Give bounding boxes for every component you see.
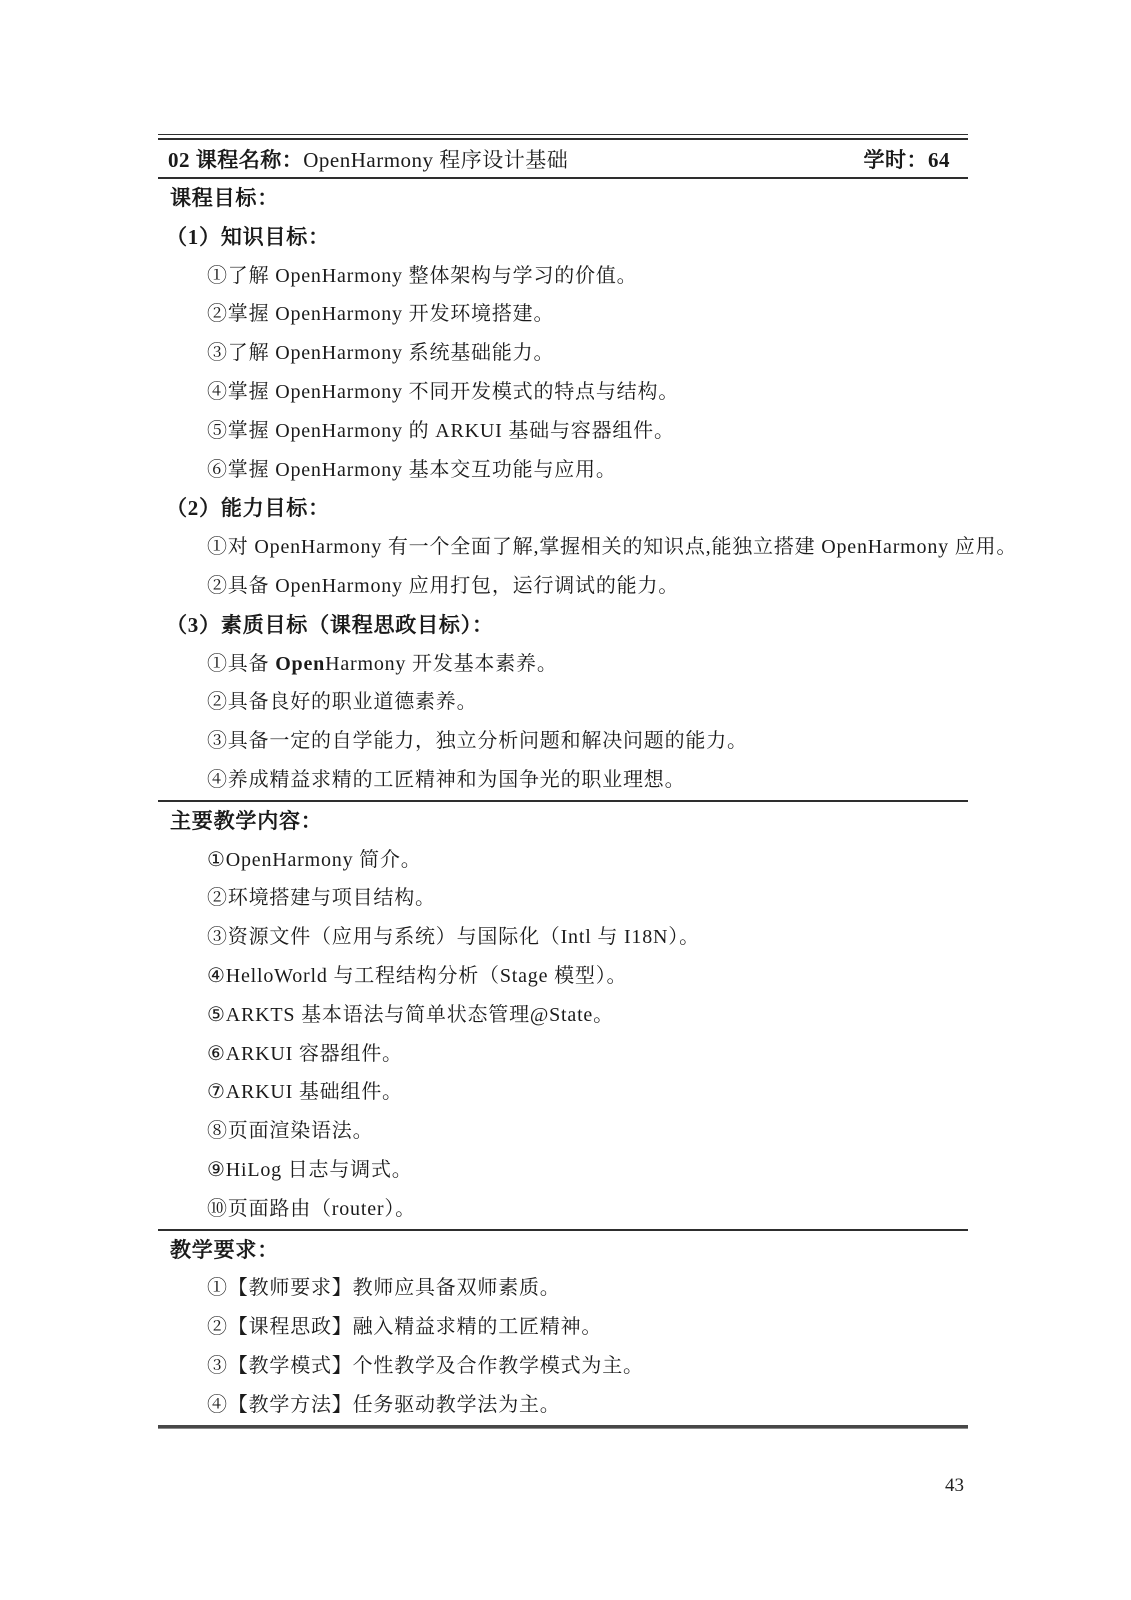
ability-goals-title: （2）能力目标： — [158, 489, 968, 528]
teaching-content-item: ④HelloWorld 与工程结构分析（Stage 模型）。 — [158, 957, 968, 996]
teaching-requirements-title: 教学要求： — [158, 1231, 968, 1270]
teaching-content-item: ⑨HiLog 日志与调式。 — [158, 1151, 968, 1190]
course-name-label: 02 课程名称： — [168, 148, 303, 172]
knowledge-goal-item: ⑥掌握 OpenHarmony 基本交互功能与应用。 — [158, 451, 968, 490]
teaching-requirement-item: ③【教学模式】个性教学及合作教学模式为主。 — [158, 1347, 968, 1386]
section-teaching-content: 主要教学内容： ①OpenHarmony 简介。 ②环境搭建与项目结构。 ③资源… — [158, 802, 968, 1229]
teaching-content-title: 主要教学内容： — [158, 802, 968, 841]
knowledge-goals-title: （1）知识目标： — [158, 218, 968, 257]
teaching-content-item: ⑧页面渲染语法。 — [158, 1112, 968, 1151]
hours-value: 64 — [928, 148, 950, 172]
knowledge-goal-item: ④掌握 OpenHarmony 不同开发模式的特点与结构。 — [158, 373, 968, 412]
teaching-content-item: ⑥ARKUI 容器组件。 — [158, 1035, 968, 1074]
quality-goal-item: ①具备 OpenHarmony 开发基本素养。 — [158, 645, 968, 684]
course-goals-title: 课程目标： — [158, 179, 968, 218]
course-table: 02 课程名称：OpenHarmony 程序设计基础 学时：64 课程目标： （… — [158, 134, 968, 1429]
course-name-value: OpenHarmony 程序设计基础 — [303, 148, 568, 172]
teaching-requirement-item: ①【教师要求】教师应具备双师素质。 — [158, 1269, 968, 1308]
teaching-content-item: ⑦ARKUI 基础组件。 — [158, 1073, 968, 1112]
knowledge-goal-item: ⑤掌握 OpenHarmony 的 ARKUI 基础与容器组件。 — [158, 412, 968, 451]
ability-goal-item: ①对 OpenHarmony 有一个全面了解,掌握相关的知识点,能独立搭建 Op… — [158, 528, 968, 567]
knowledge-goal-item: ③了解 OpenHarmony 系统基础能力。 — [158, 334, 968, 373]
teaching-content-item: ⑤ARKTS 基本语法与简单状态管理@State。 — [158, 996, 968, 1035]
course-title: 02 课程名称：OpenHarmony 程序设计基础 — [168, 144, 568, 174]
knowledge-goal-item: ①了解 OpenHarmony 整体架构与学习的价值。 — [158, 257, 968, 296]
ability-goal-item: ②具备 OpenHarmony 应用打包，运行调试的能力。 — [158, 567, 968, 606]
quality-goals-title: （3）素质目标（课程思政目标）： — [158, 606, 968, 645]
teaching-requirement-item: ②【课程思政】融入精益求精的工匠精神。 — [158, 1308, 968, 1347]
document-page: 02 课程名称：OpenHarmony 程序设计基础 学时：64 课程目标： （… — [0, 0, 1131, 1600]
teaching-content-item: ①OpenHarmony 简介。 — [158, 841, 968, 880]
teaching-requirement-item: ④【教学方法】任务驱动教学法为主。 — [158, 1386, 968, 1425]
quality-goal-item: ④养成精益求精的工匠精神和为国争光的职业理想。 — [158, 761, 968, 800]
section-teaching-requirements: 教学要求： ①【教师要求】教师应具备双师素质。 ②【课程思政】融入精益求精的工匠… — [158, 1231, 968, 1425]
hours-label: 学时： — [864, 148, 929, 172]
quality-item-post: Harmony 开发基本素养。 — [325, 653, 558, 675]
quality-item-bold: Open — [275, 653, 325, 675]
course-hours: 学时：64 — [864, 144, 951, 174]
knowledge-goal-item: ②掌握 OpenHarmony 开发环境搭建。 — [158, 295, 968, 334]
course-header-row: 02 课程名称：OpenHarmony 程序设计基础 学时：64 — [158, 140, 968, 179]
teaching-content-item: ⑩页面路由（router）。 — [158, 1190, 968, 1229]
quality-item-pre: ①具备 — [207, 653, 275, 675]
quality-goal-item: ③具备一定的自学能力，独立分析问题和解决问题的能力。 — [158, 722, 968, 761]
teaching-content-item: ②环境搭建与项目结构。 — [158, 879, 968, 918]
page-number: 43 — [158, 1475, 968, 1497]
quality-goal-item: ②具备良好的职业道德素养。 — [158, 683, 968, 722]
section-course-goals: 课程目标： （1）知识目标： ①了解 OpenHarmony 整体架构与学习的价… — [158, 179, 968, 800]
table-bottom-border — [158, 1425, 968, 1429]
teaching-content-item: ③资源文件（应用与系统）与国际化（Intl 与 I18N）。 — [158, 918, 968, 957]
